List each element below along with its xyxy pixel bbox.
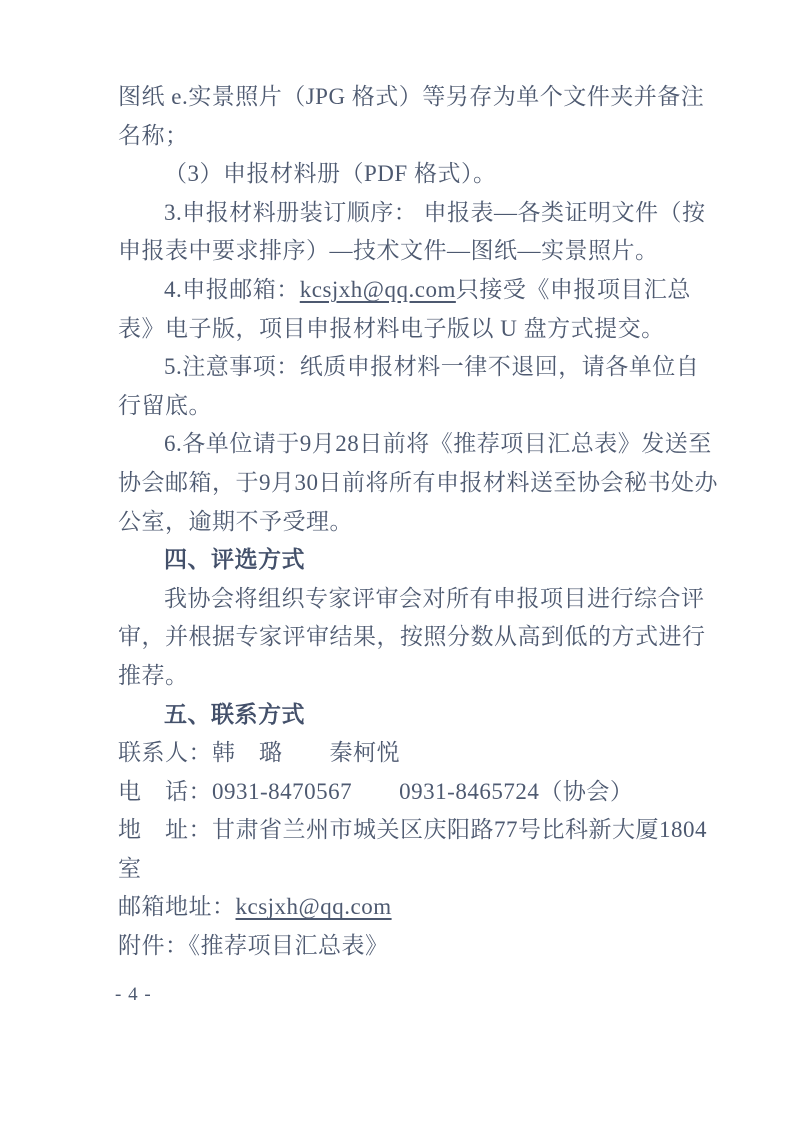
application-email-label: 4.申报邮箱： [164,277,300,302]
contact-email-line: 邮箱地址：kcsjxh@qq.com [118,888,718,927]
email-link[interactable]: kcsjxh@qq.com [236,894,392,919]
para-file-naming-continuation: 图纸 e.实景照片（JPG 格式）等另存为单个文件夹并备注名称； [118,78,718,155]
heading-contact-info: 五、联系方式 [118,696,718,735]
heading-selection-method: 四、评选方式 [118,541,718,580]
para-item-3-material-book: （3）申报材料册（PDF 格式）。 [118,155,718,194]
page-number: - 4 - [115,984,152,1006]
contact-phone-line: 电 话：0931-8470567 0931-8465724（协会） [118,773,718,812]
contact-address-line: 地 址：甘肃省兰州市城关区庆阳路77号比科新大厦1804室 [118,811,718,888]
para-item-application-email: 4.申报邮箱：kcsjxh@qq.com只接受《申报项目汇总表》电子版，项目申报… [118,271,718,348]
para-item-binding-order: 3.申报材料册装订顺序： 申报表—各类证明文件（按申报表中要求排序）—技术文件—… [118,194,718,271]
contact-person-line: 联系人：韩 璐 秦柯悦 [118,734,718,773]
attachment-note-line: 附件：《推荐项目汇总表》 [118,927,718,966]
document-page: 图纸 e.实景照片（JPG 格式）等另存为单个文件夹并备注名称； （3）申报材料… [0,0,794,1123]
contact-email-label: 邮箱地址： [118,894,236,919]
email-link[interactable]: kcsjxh@qq.com [300,277,456,302]
para-item-deadline: 6.各单位请于9月28日前将《推荐项目汇总表》发送至协会邮箱，于9月30日前将所… [118,425,718,541]
document-body: 图纸 e.实景照片（JPG 格式）等另存为单个文件夹并备注名称； （3）申报材料… [118,78,718,966]
para-item-notes: 5.注意事项：纸质申报材料一律不退回，请各单位自行留底。 [118,348,718,425]
para-selection-method: 我协会将组织专家评审会对所有申报项目进行综合评审，并根据专家评审结果，按照分数从… [118,580,718,696]
